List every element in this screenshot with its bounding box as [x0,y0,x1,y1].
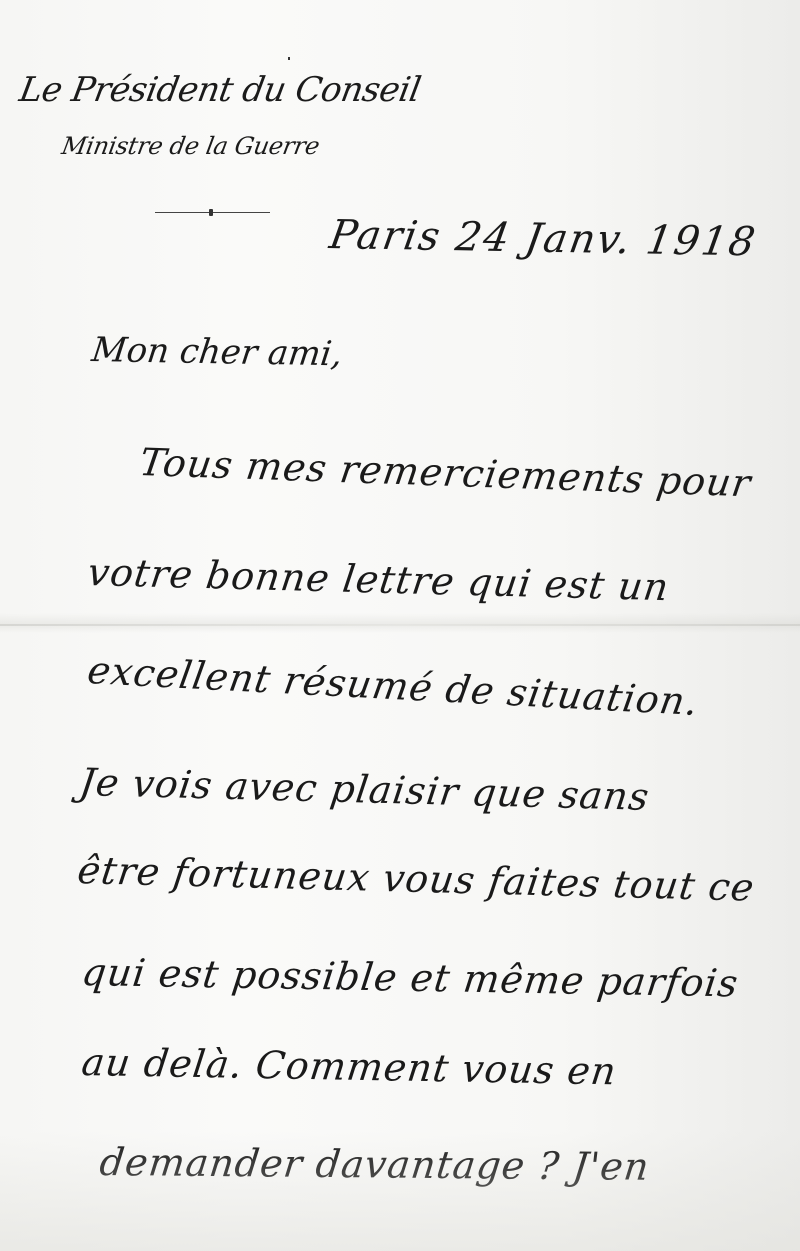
ink-speck [288,57,290,60]
body-line: qui est possible et même parfois [79,950,741,1005]
letterhead-ornament-rule [155,212,270,213]
body-line: être fortuneux vous faites tout ce [75,848,757,910]
body-line: votre bonne lettre qui est un [85,550,672,609]
date-line: Paris 24 Janv. 1918 [326,212,760,265]
body-line: Je vois avec plaisir que sans [77,760,652,819]
letter-page: Le Président du Conseil Ministre de la G… [0,0,800,1251]
body-line: Tous mes remerciements pour [137,440,754,505]
salutation: Mon cher ami, [90,330,345,374]
letterhead-subtitle: Ministre de la Guerre [60,132,322,160]
paper-fold-line [0,624,800,626]
body-line: demander davantage ? J'en [97,1140,652,1189]
letterhead-title: Le Président du Conseil [16,70,423,110]
body-line: excellent résumé de situation. [85,648,702,724]
body-line: au delà. Comment vous en [79,1040,619,1093]
